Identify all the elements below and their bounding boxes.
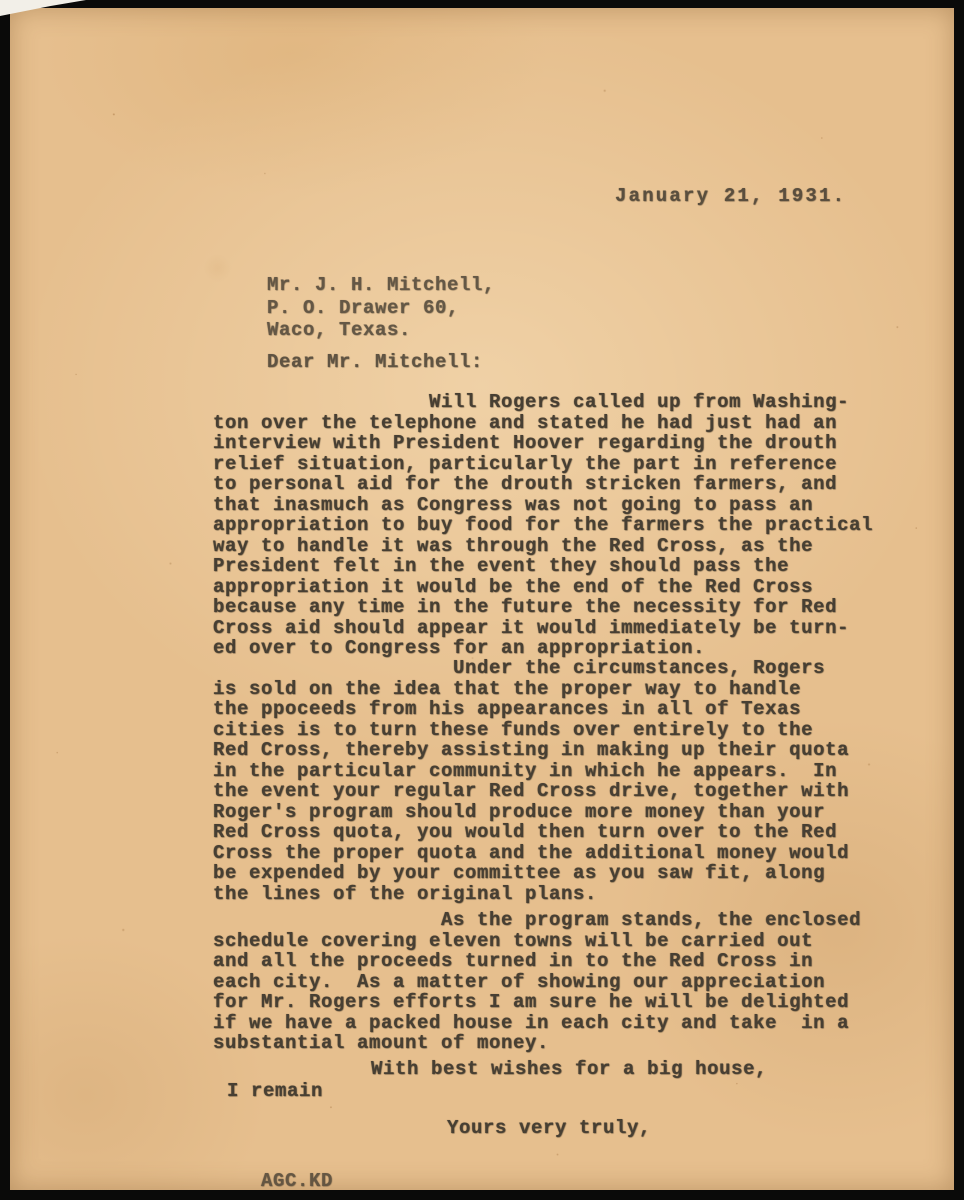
closing-lines: With best wishes for a big house, I rema… bbox=[227, 1058, 767, 1102]
recipient-address: Mr. J. H. Mitchell, P. O. Drawer 60, Wac… bbox=[267, 274, 495, 342]
reference-initials: AGC.KD bbox=[261, 1171, 333, 1192]
paragraph-1: Will Rogers called up from Washing- ton … bbox=[213, 392, 873, 659]
salutation: Dear Mr. Mitchell: bbox=[267, 352, 483, 373]
scanned-letter-page: { "letter": { "date": "January 21, 1931.… bbox=[0, 0, 964, 1200]
letter-date: January 21, 1931. bbox=[615, 186, 846, 207]
letter-paper: January 21, 1931. Mr. J. H. Mitchell, P.… bbox=[10, 8, 954, 1190]
scan-border-frame: January 21, 1931. Mr. J. H. Mitchell, P.… bbox=[0, 0, 964, 1200]
paragraph-3: As the program stands, the enclosed sche… bbox=[213, 910, 861, 1054]
signoff: Yours very truly, bbox=[447, 1118, 651, 1139]
paragraph-2: Under the circumstances, Rogers is sold … bbox=[213, 658, 849, 904]
